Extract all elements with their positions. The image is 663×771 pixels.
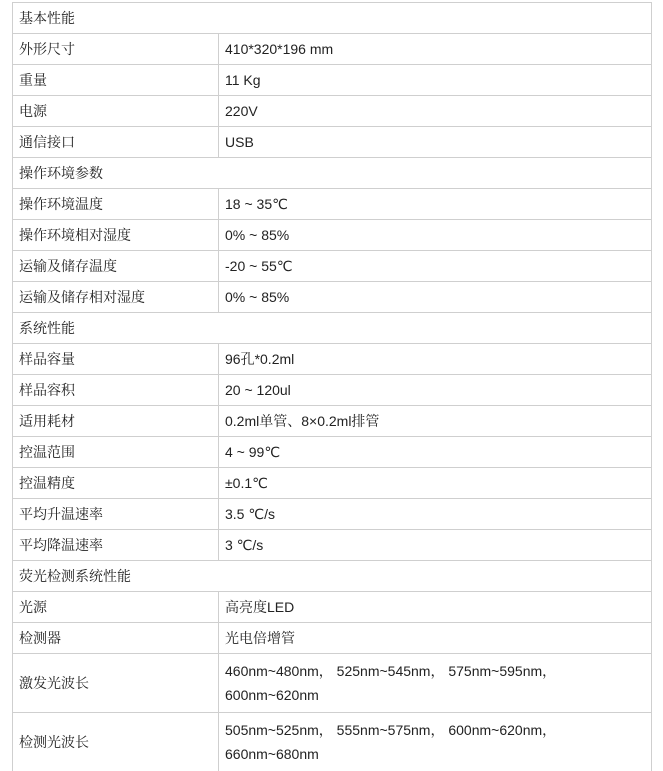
spec-value: 0% ~ 85% — [219, 282, 652, 313]
table-row: 电源 220V — [13, 96, 652, 127]
table-row: 激发光波长 460nm~480nm， 525nm~545nm， 575nm~59… — [13, 654, 652, 713]
table-row: 平均降温速率 3 ℃/s — [13, 530, 652, 561]
table-row: 运输及储存相对湿度 0% ~ 85% — [13, 282, 652, 313]
section-title: 系统性能 — [13, 313, 652, 344]
spec-value: 高亮度LED — [219, 592, 652, 623]
spec-value: 20 ~ 120ul — [219, 375, 652, 406]
section-header-row: 基本性能 — [13, 3, 652, 34]
spec-value: 0.2ml单管、8×0.2ml排管 — [219, 406, 652, 437]
table-row: 光源 高亮度LED — [13, 592, 652, 623]
spec-table: 基本性能 外形尺寸 410*320*196 mm 重量 11 Kg 电源 220… — [12, 2, 652, 771]
table-row: 样品容量 96孔*0.2ml — [13, 344, 652, 375]
spec-label: 运输及储存温度 — [13, 251, 219, 282]
spec-value: 3 ℃/s — [219, 530, 652, 561]
spec-label: 电源 — [13, 96, 219, 127]
table-row: 通信接口 USB — [13, 127, 652, 158]
table-row: 外形尺寸 410*320*196 mm — [13, 34, 652, 65]
spec-label: 样品容量 — [13, 344, 219, 375]
table-row: 重量 11 Kg — [13, 65, 652, 96]
section-title: 操作环境参数 — [13, 158, 652, 189]
spec-label: 运输及储存相对湿度 — [13, 282, 219, 313]
spec-label: 平均降温速率 — [13, 530, 219, 561]
table-row: 平均升温速率 3.5 ℃/s — [13, 499, 652, 530]
spec-value: ±0.1℃ — [219, 468, 652, 499]
spec-label: 重量 — [13, 65, 219, 96]
spec-value: 410*320*196 mm — [219, 34, 652, 65]
table-row: 样品容积 20 ~ 120ul — [13, 375, 652, 406]
spec-value: 3.5 ℃/s — [219, 499, 652, 530]
spec-value: 460nm~480nm， 525nm~545nm， 575nm~595nm， 6… — [219, 654, 652, 713]
spec-label: 操作环境相对湿度 — [13, 220, 219, 251]
spec-value: 505nm~525nm， 555nm~575nm， 600nm~620nm， 6… — [219, 713, 652, 771]
spec-value: 11 Kg — [219, 65, 652, 96]
spec-value: 0% ~ 85% — [219, 220, 652, 251]
spec-value: -20 ~ 55℃ — [219, 251, 652, 282]
spec-label: 控温范围 — [13, 437, 219, 468]
spec-value: USB — [219, 127, 652, 158]
spec-value: 光电倍增管 — [219, 623, 652, 654]
spec-label: 外形尺寸 — [13, 34, 219, 65]
table-row: 运输及储存温度 -20 ~ 55℃ — [13, 251, 652, 282]
spec-label: 样品容积 — [13, 375, 219, 406]
spec-label: 激发光波长 — [13, 654, 219, 713]
section-header-row: 系统性能 — [13, 313, 652, 344]
spec-label: 光源 — [13, 592, 219, 623]
section-header-row: 操作环境参数 — [13, 158, 652, 189]
spec-label: 操作环境温度 — [13, 189, 219, 220]
table-row: 检测器 光电倍增管 — [13, 623, 652, 654]
spec-label: 适用耗材 — [13, 406, 219, 437]
table-row: 适用耗材 0.2ml单管、8×0.2ml排管 — [13, 406, 652, 437]
spec-value: 96孔*0.2ml — [219, 344, 652, 375]
spec-value: 220V — [219, 96, 652, 127]
table-row: 操作环境相对湿度 0% ~ 85% — [13, 220, 652, 251]
section-title: 荧光检测系统性能 — [13, 561, 652, 592]
table-row: 操作环境温度 18 ~ 35℃ — [13, 189, 652, 220]
section-header-row: 荧光检测系统性能 — [13, 561, 652, 592]
spec-value: 18 ~ 35℃ — [219, 189, 652, 220]
spec-label: 控温精度 — [13, 468, 219, 499]
spec-label: 检测器 — [13, 623, 219, 654]
table-row: 检测光波长 505nm~525nm， 555nm~575nm， 600nm~62… — [13, 713, 652, 771]
spec-label: 检测光波长 — [13, 713, 219, 771]
spec-value: 4 ~ 99℃ — [219, 437, 652, 468]
spec-label: 平均升温速率 — [13, 499, 219, 530]
section-title: 基本性能 — [13, 3, 652, 34]
spec-label: 通信接口 — [13, 127, 219, 158]
table-row: 控温精度 ±0.1℃ — [13, 468, 652, 499]
table-row: 控温范围 4 ~ 99℃ — [13, 437, 652, 468]
